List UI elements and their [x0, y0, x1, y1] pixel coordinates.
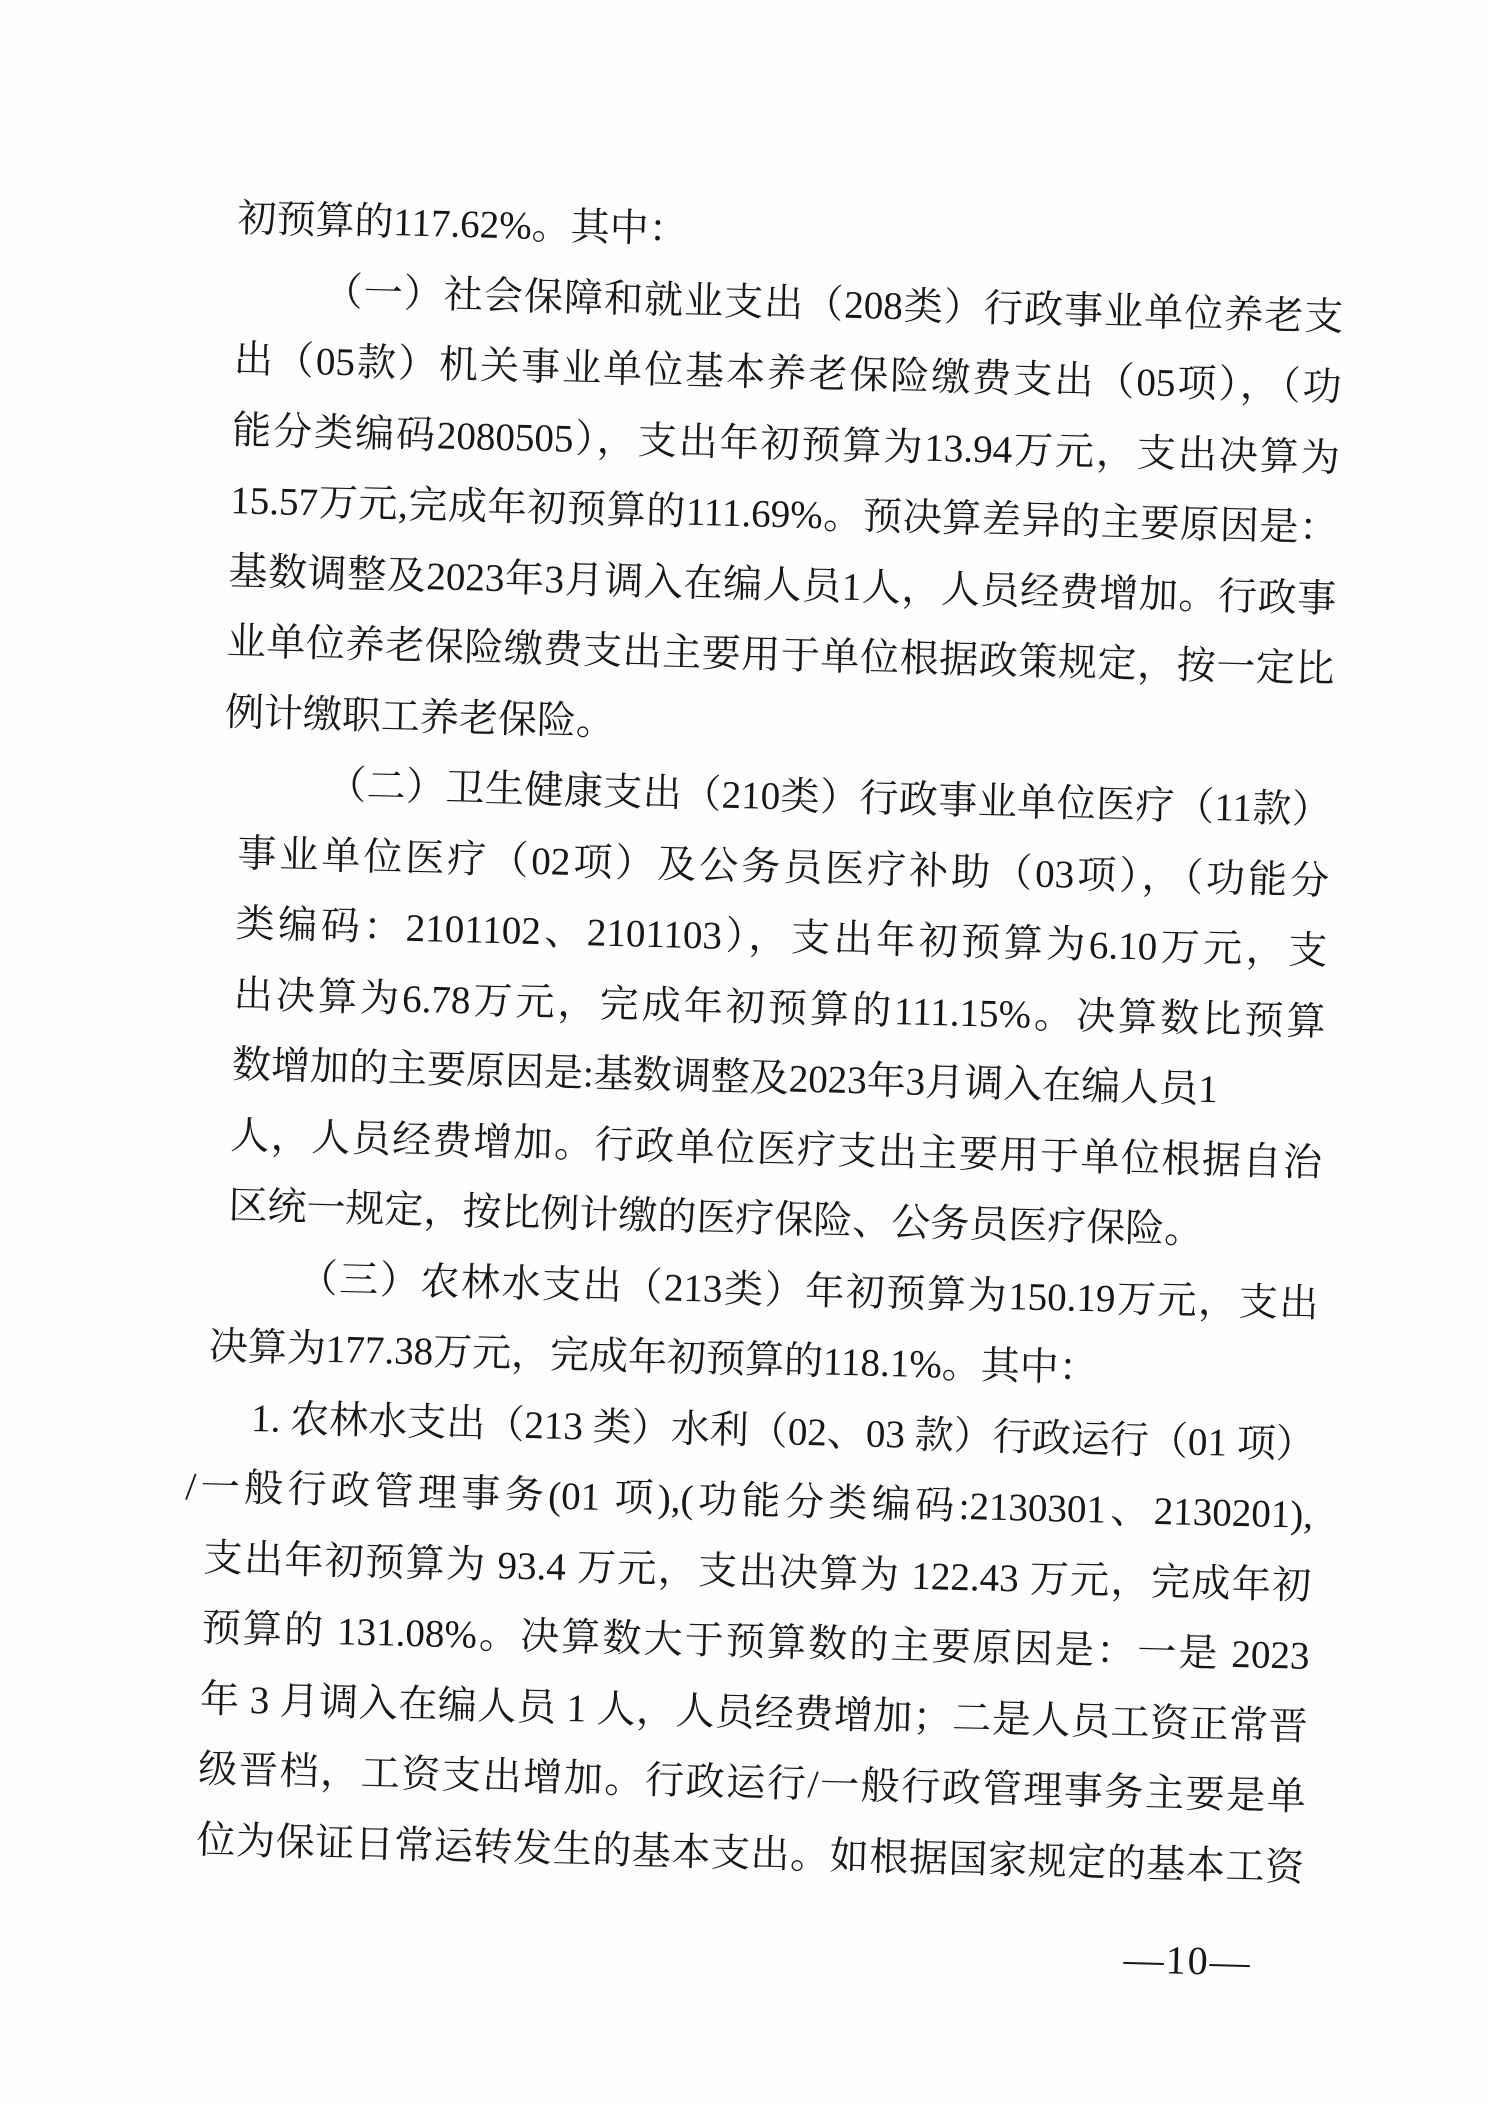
document-body: 初预算的117.62%。其中： （一）社会保障和就业支出（208类）行政事业单位… — [193, 184, 1346, 1986]
page-number: —10— — [193, 1912, 1302, 1987]
scanned-document-page: 初预算的117.62%。其中： （一）社会保障和就业支出（208类）行政事业单位… — [0, 0, 1488, 2104]
